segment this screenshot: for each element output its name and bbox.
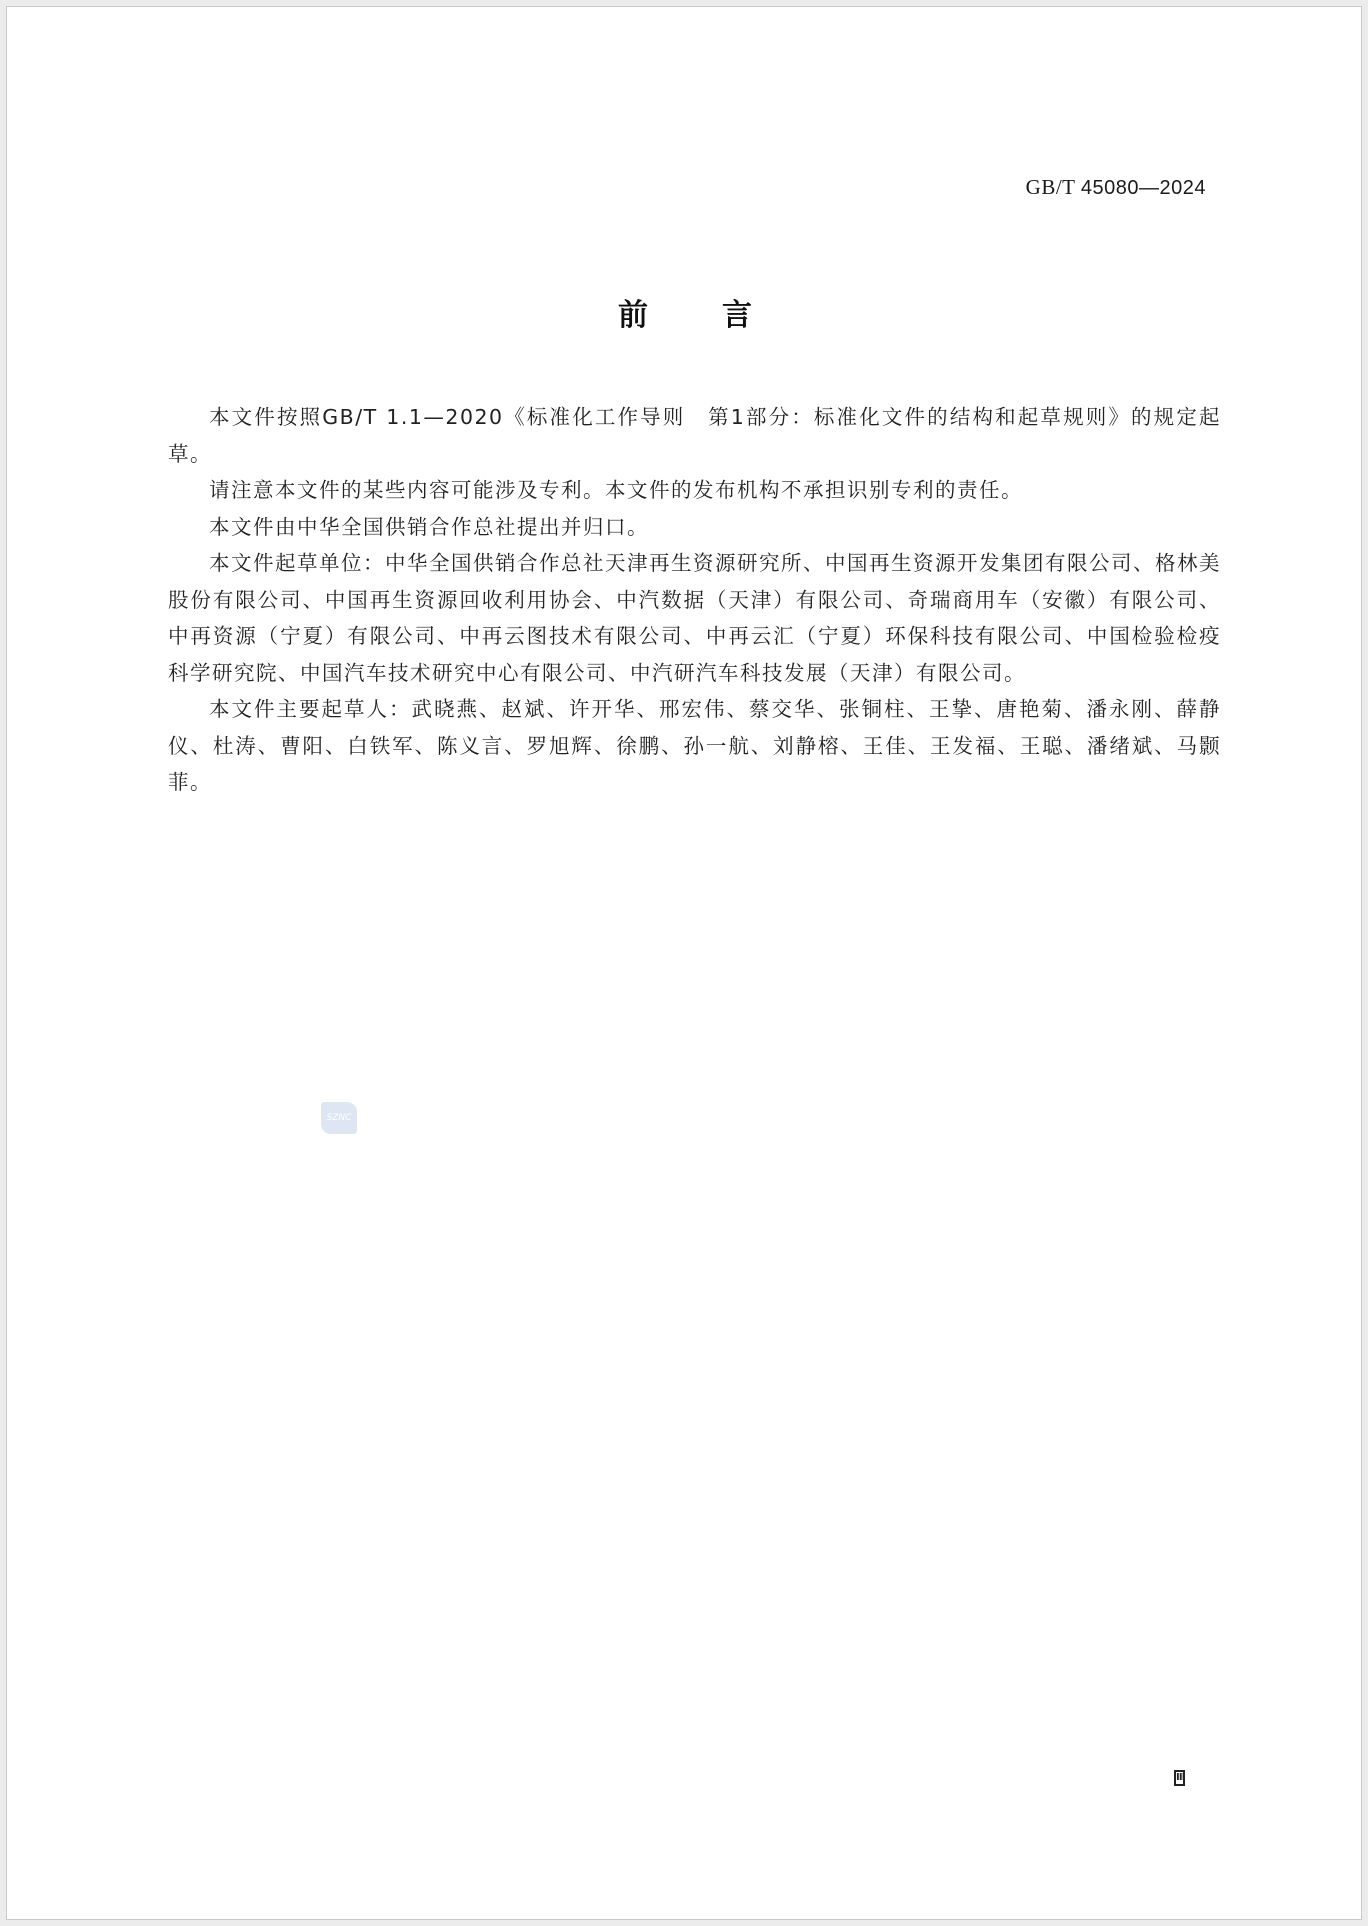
title-char-1: 前 — [618, 290, 648, 334]
paragraph-patent-notice: 请注意本文件的某些内容可能涉及专利。本文件的发布机构不承担识别专利的责任。 — [168, 472, 1221, 509]
standard-number: 45080—2024 — [1081, 177, 1206, 199]
paragraph-drafting-units: 本文件起草单位：中华全国供销合作总社天津再生资源研究所、中国再生资源开发集团有限… — [168, 545, 1221, 691]
foreword-body: 本文件按照GB/T 1.1—2020《标准化工作导则 第1部分：标准化文件的结构… — [168, 399, 1221, 801]
watermark-logo-icon: SZNC — [321, 1102, 357, 1134]
paragraph-drafters: 本文件主要起草人：武晓燕、赵斌、许开华、邢宏伟、蔡交华、张铜柱、王挚、唐艳菊、潘… — [168, 691, 1221, 801]
paragraph-proposer: 本文件由中华全国供销合作总社提出并归口。 — [168, 509, 1221, 546]
standard-code: GB/T 45080—2024 — [1026, 175, 1206, 200]
page-title: 前言 — [7, 290, 1363, 334]
standard-prefix: GB/T — [1026, 175, 1075, 199]
page-number: Ⅲ — [1174, 1770, 1185, 1786]
document-page: GB/T 45080—2024 前言 本文件按照GB/T 1.1—2020《标准… — [6, 6, 1362, 1920]
paragraph-drafting-rules: 本文件按照GB/T 1.1—2020《标准化工作导则 第1部分：标准化文件的结构… — [168, 399, 1221, 472]
title-char-2: 言 — [722, 290, 752, 334]
